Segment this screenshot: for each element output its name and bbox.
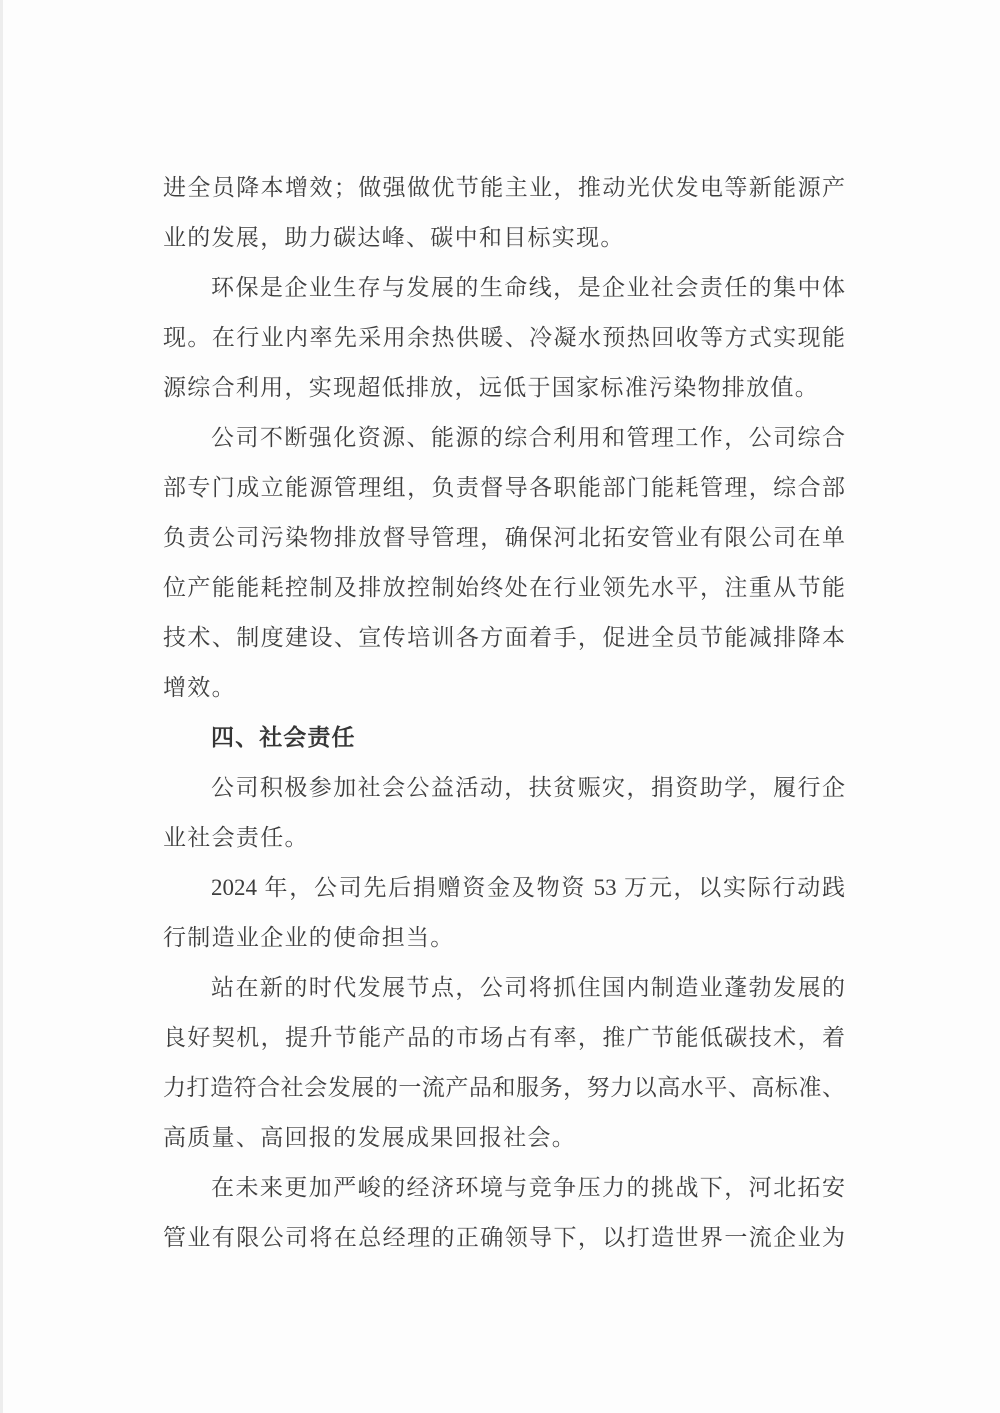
scan-edge-artifact: [0, 0, 3, 1413]
document-page: 进全员降本增效；做强做优节能主业，推动光伏发电等新能源产 业的发展，助力碳达峰、…: [0, 0, 1000, 1413]
text-line: 2024 年，公司先后捐赠资金及物资 53 万元，以实际行动践: [163, 863, 845, 913]
text-line: 公司积极参加社会公益活动，扶贫赈灾，捐资助学，履行企: [163, 763, 845, 813]
text-line: 增效。: [163, 663, 845, 713]
text-line: 业的发展，助力碳达峰、碳中和目标实现。: [163, 213, 845, 263]
text-line: 技术、制度建设、宣传培训各方面着手，促进全员节能减排降本: [163, 613, 845, 663]
text-line: 力打造符合社会发展的一流产品和服务，努力以高水平、高标准、: [163, 1063, 845, 1113]
paragraph: 2024 年，公司先后捐赠资金及物资 53 万元，以实际行动践 行制造业企业的使…: [163, 863, 845, 963]
section-heading: 四、社会责任: [163, 713, 845, 763]
paragraph: 环保是企业生存与发展的生命线，是企业社会责任的集中体 现。在行业内率先采用余热供…: [163, 263, 845, 413]
text-line: 行制造业企业的使命担当。: [163, 913, 845, 963]
text-line: 负责公司污染物排放督导管理，确保河北拓安管业有限公司在单: [163, 513, 845, 563]
text-line: 业社会责任。: [163, 813, 845, 863]
text-line: 现。在行业内率先采用余热供暖、冷凝水预热回收等方式实现能: [163, 313, 845, 363]
text-line: 位产能能耗控制及排放控制始终处在行业领先水平，注重从节能: [163, 563, 845, 613]
text-line: 良好契机，提升节能产品的市场占有率，推广节能低碳技术，着: [163, 1013, 845, 1063]
paragraph: 公司不断强化资源、能源的综合利用和管理工作，公司综合 部专门成立能源管理组，负责…: [163, 413, 845, 713]
text-line: 部专门成立能源管理组，负责督导各职能部门能耗管理，综合部: [163, 463, 845, 513]
paragraph: 在未来更加严峻的经济环境与竞争压力的挑战下，河北拓安 管业有限公司将在总经理的正…: [163, 1163, 845, 1263]
paragraph: 进全员降本增效；做强做优节能主业，推动光伏发电等新能源产 业的发展，助力碳达峰、…: [163, 163, 845, 263]
document-text-block: 进全员降本增效；做强做优节能主业，推动光伏发电等新能源产 业的发展，助力碳达峰、…: [163, 163, 845, 1263]
text-line: 站在新的时代发展节点，公司将抓住国内制造业蓬勃发展的: [163, 963, 845, 1013]
section: 四、社会责任: [163, 713, 845, 763]
text-line: 环保是企业生存与发展的生命线，是企业社会责任的集中体: [163, 263, 845, 313]
text-line: 进全员降本增效；做强做优节能主业，推动光伏发电等新能源产: [163, 163, 845, 213]
text-line: 高质量、高回报的发展成果回报社会。: [163, 1113, 845, 1163]
text-line: 源综合利用，实现超低排放，远低于国家标准污染物排放值。: [163, 363, 845, 413]
text-line: 管业有限公司将在总经理的正确领导下，以打造世界一流企业为: [163, 1213, 845, 1263]
paragraph: 公司积极参加社会公益活动，扶贫赈灾，捐资助学，履行企 业社会责任。: [163, 763, 845, 863]
text-line: 在未来更加严峻的经济环境与竞争压力的挑战下，河北拓安: [163, 1163, 845, 1213]
text-line: 公司不断强化资源、能源的综合利用和管理工作，公司综合: [163, 413, 845, 463]
paragraph: 站在新的时代发展节点，公司将抓住国内制造业蓬勃发展的 良好契机，提升节能产品的市…: [163, 963, 845, 1163]
